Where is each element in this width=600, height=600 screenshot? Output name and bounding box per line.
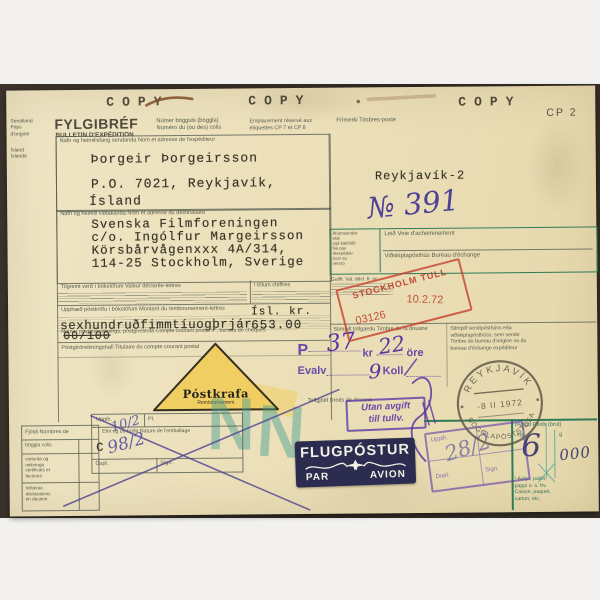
airmail-par: PAR bbox=[306, 471, 330, 483]
pen-check bbox=[405, 359, 417, 375]
airmail-avion: AVION bbox=[370, 469, 406, 481]
ink-dot bbox=[356, 100, 360, 104]
ink-smudge bbox=[146, 97, 192, 105]
photo-background: COPY COPY COPY CP 2 Sendiland Pays d'ori… bbox=[0, 84, 600, 518]
pen-cross-stroke bbox=[91, 414, 310, 512]
ink-smudge bbox=[368, 96, 434, 100]
airmail-label: FLUGPÓSTUR PAR AVION bbox=[295, 437, 417, 487]
parcel-card: COPY COPY COPY CP 2 Sendiland Pays d'ori… bbox=[6, 85, 599, 516]
